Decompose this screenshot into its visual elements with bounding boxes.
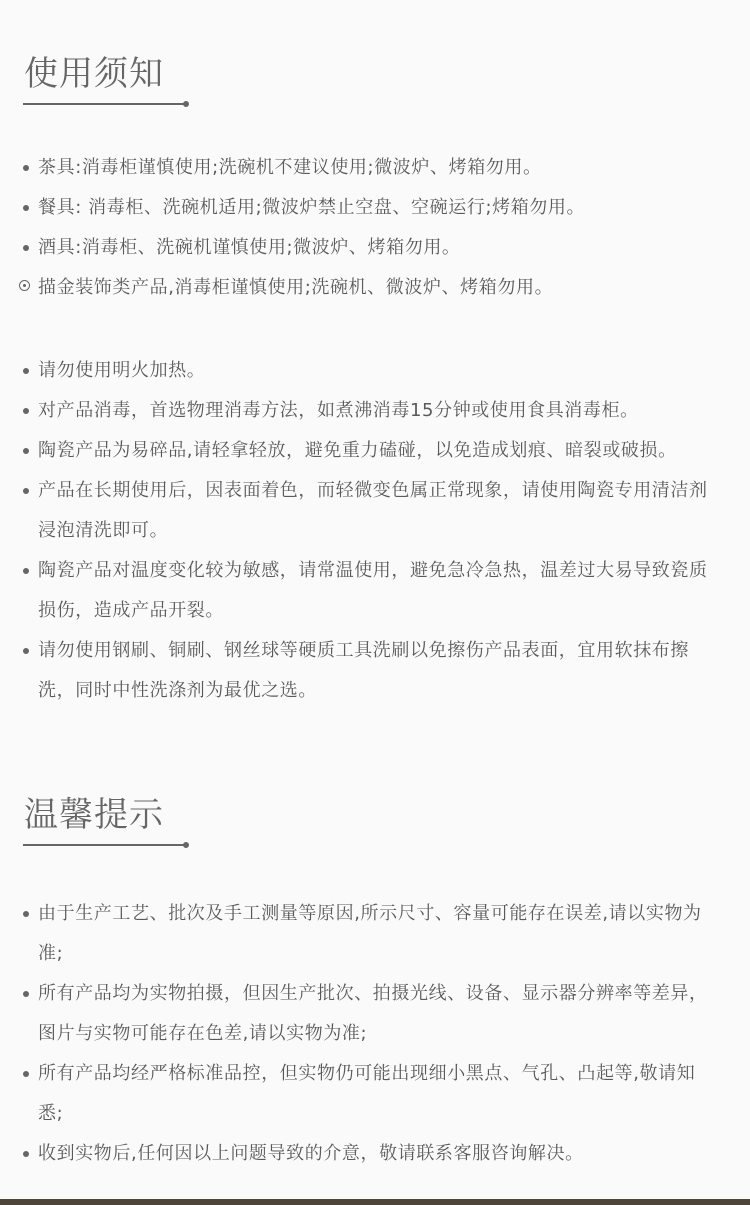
list-item-text: 所有产品均经严格标准品控，但实物仍可能出现细小黑点、气孔、凸起等,敬请知悉; xyxy=(38,1063,695,1124)
tips-title-divider xyxy=(23,844,185,846)
usage-title-divider xyxy=(23,103,185,105)
list-item: 餐具: 消毒柜、洗碗机适用;微波炉禁止空盘、空碗运行;烤箱勿用。 xyxy=(0,188,750,228)
bullet-dot-icon xyxy=(23,1151,29,1157)
list-item: 请勿使用钢刷、铜刷、钢丝球等硬质工具洗刷以免擦伤产品表面，宜用软抹布擦洗，同时中… xyxy=(0,631,750,711)
list-item: 对产品消毒，首选物理消毒方法，如煮沸消毒15分钟或使用食具消毒柜。 xyxy=(0,391,750,431)
tips-list: 由于生产工艺、批次及手工测量等原因,所示尺寸、容量可能存在误差,请以实物为准; … xyxy=(0,894,750,1174)
list-item: 陶瓷产品为易碎品,请轻拿轻放，避免重力磕碰，以免造成划痕、暗裂或破损。 xyxy=(0,431,750,471)
list-item: 产品在长期使用后，因表面着色，而轻微变色属正常现象，请使用陶瓷专用清洁剂浸泡清洗… xyxy=(0,471,750,551)
bullet-dot-icon xyxy=(23,991,29,997)
usage-group2-list: 请勿使用明火加热。 对产品消毒，首选物理消毒方法，如煮沸消毒15分钟或使用食具消… xyxy=(0,351,750,711)
list-item-text: 请勿使用钢刷、铜刷、钢丝球等硬质工具洗刷以免擦伤产品表面，宜用软抹布擦洗，同时中… xyxy=(38,640,689,701)
list-item-text: 酒具:消毒柜、洗碗机谨慎使用;微波炉、烤箱勿用。 xyxy=(38,237,461,258)
list-item-text: 收到实物后,任何因以上问题导致的介意，敬请联系客服咨询解决。 xyxy=(38,1143,584,1164)
bullet-dot-icon xyxy=(23,488,29,494)
bullet-dot-icon xyxy=(23,568,29,574)
list-item-text: 所有产品均为实物拍摄，但因生产批次、拍摄光线、设备、显示器分辨率等差异，图片与实… xyxy=(38,983,708,1044)
list-item: 收到实物后,任何因以上问题导致的介意，敬请联系客服咨询解决。 xyxy=(0,1134,750,1174)
list-item: 酒具:消毒柜、洗碗机谨慎使用;微波炉、烤箱勿用。 xyxy=(0,228,750,268)
tips-title: 温馨提示 xyxy=(24,795,164,835)
list-item: 所有产品均为实物拍摄，但因生产批次、拍摄光线、设备、显示器分辨率等差异，图片与实… xyxy=(0,974,750,1054)
list-item: 描金装饰类产品,消毒柜谨慎使用;洗碗机、微波炉、烤箱勿用。 xyxy=(0,268,750,308)
bullet-dot-icon xyxy=(23,408,29,414)
list-item-text: 陶瓷产品对温度变化较为敏感，请常温使用，避免急冷急热，温差过大易导致瓷质损伤，造… xyxy=(38,560,708,621)
list-item: 茶具:消毒柜谨慎使用;洗碗机不建议使用;微波炉、烤箱勿用。 xyxy=(0,148,750,188)
bullet-dot-icon xyxy=(23,648,29,654)
list-item-text: 茶具:消毒柜谨慎使用;洗碗机不建议使用;微波炉、烤箱勿用。 xyxy=(38,157,542,178)
list-item: 所有产品均经严格标准品控，但实物仍可能出现细小黑点、气孔、凸起等,敬请知悉; xyxy=(0,1054,750,1134)
list-item-text: 陶瓷产品为易碎品,请轻拿轻放，避免重力磕碰，以免造成划痕、暗裂或破损。 xyxy=(38,440,677,461)
bullet-dot-icon xyxy=(23,1071,29,1077)
usage-group1-list: 茶具:消毒柜谨慎使用;洗碗机不建议使用;微波炉、烤箱勿用。 餐具: 消毒柜、洗碗… xyxy=(0,148,750,308)
list-item: 请勿使用明火加热。 xyxy=(0,351,750,391)
list-item-text: 请勿使用明火加热。 xyxy=(38,360,205,381)
bullet-dot-icon xyxy=(23,165,29,171)
list-item-text: 餐具: 消毒柜、洗碗机适用;微波炉禁止空盘、空碗运行;烤箱勿用。 xyxy=(38,197,585,218)
list-item-text: 对产品消毒，首选物理消毒方法，如煮沸消毒15分钟或使用食具消毒柜。 xyxy=(38,400,639,421)
bottom-bar xyxy=(0,1199,750,1205)
bullet-dot-icon xyxy=(23,368,29,374)
bullet-dot-icon xyxy=(23,448,29,454)
list-item-text: 产品在长期使用后，因表面着色，而轻微变色属正常现象，请使用陶瓷专用清洁剂浸泡清洗… xyxy=(38,480,708,541)
list-item: 由于生产工艺、批次及手工测量等原因,所示尺寸、容量可能存在误差,请以实物为准; xyxy=(0,894,750,974)
bullet-circle-dot-icon xyxy=(19,280,30,291)
list-item: 陶瓷产品对温度变化较为敏感，请常温使用，避免急冷急热，温差过大易导致瓷质损伤，造… xyxy=(0,551,750,631)
usage-title: 使用须知 xyxy=(24,54,164,94)
list-item-text: 由于生产工艺、批次及手工测量等原因,所示尺寸、容量可能存在误差,请以实物为准; xyxy=(38,903,702,964)
bullet-dot-icon xyxy=(23,205,29,211)
bullet-dot-icon xyxy=(23,245,29,251)
list-item-text: 描金装饰类产品,消毒柜谨慎使用;洗碗机、微波炉、烤箱勿用。 xyxy=(38,277,553,298)
bullet-dot-icon xyxy=(23,911,29,917)
